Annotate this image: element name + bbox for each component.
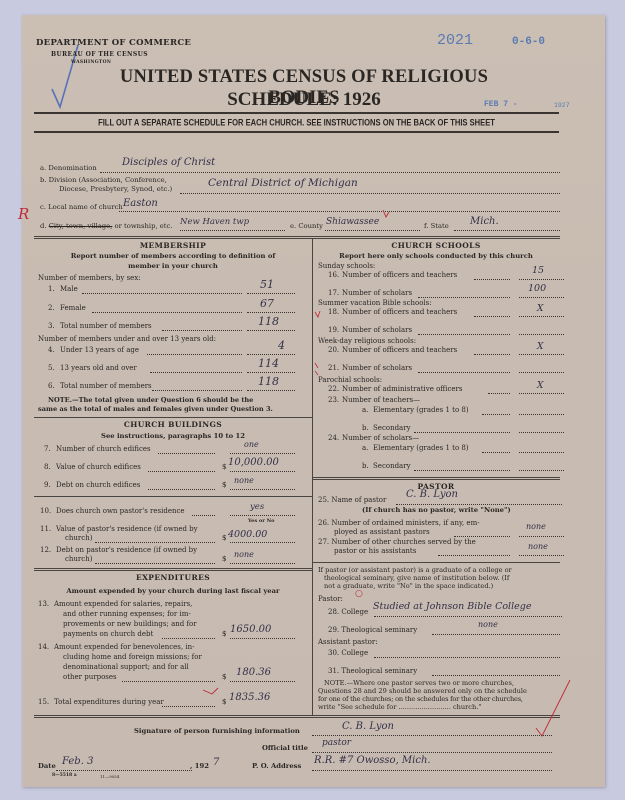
red-tick-icon	[202, 687, 220, 697]
pastor-note-4: write "See schedule for ................…	[318, 703, 481, 711]
pastor-seminary-label: 29. Theological seminary	[328, 626, 417, 634]
division-value[interactable]: Central District of Michigan	[208, 177, 358, 189]
edifice-value-value[interactable]: 10,000.00	[228, 457, 279, 468]
date-year-prefix: , 192	[190, 762, 209, 770]
date-year-value[interactable]: 7	[213, 757, 219, 768]
weekday-schools-label: Week-day religious schools:	[318, 337, 416, 345]
assistant-college-label: 30. College	[328, 649, 368, 657]
female-count-value[interactable]: 67	[260, 297, 274, 310]
pastor-seminary-value[interactable]: none	[478, 620, 498, 629]
over-13-value[interactable]: 114	[258, 357, 279, 370]
church-schools-heading: CHURCH SCHOOLS	[312, 241, 560, 250]
weekday-teachers-value[interactable]: X	[537, 342, 543, 352]
summer-teachers-value[interactable]: X	[537, 304, 543, 314]
state-value[interactable]: Mich.	[470, 216, 499, 227]
address-label: P. O. Address	[252, 762, 301, 770]
assistant-ministers-label-1: 26. Number of ordained ministers, if any…	[318, 519, 480, 527]
red-tick-marks-icon	[314, 311, 322, 381]
pastor-name-label: 25. Name of pastor	[318, 496, 386, 504]
township-prefix: d.	[40, 222, 47, 230]
church-buildings-heading: CHURCH BUILDINGS	[34, 420, 312, 429]
benevolences-value[interactable]: 180.36	[236, 667, 271, 678]
red-margin-mark: R	[18, 205, 30, 223]
expenditures-heading: EXPENDITURES	[34, 573, 312, 582]
under-13-value[interactable]: 4	[278, 339, 285, 352]
pastor-subsection-label: Pastor:	[318, 595, 343, 603]
county-value[interactable]: Shiawassee	[326, 217, 379, 227]
local-name-label: c. Local name of church	[40, 203, 123, 211]
date-value[interactable]: Feb. 3	[62, 756, 93, 767]
signature-value[interactable]: C. B. Lyon	[342, 721, 394, 732]
sunday-teachers-value[interactable]: 15	[532, 265, 544, 276]
pastor-name-hint: (If church has no pastor, write "None")	[362, 506, 511, 514]
page-subtitle: SCHEDULE: 1926	[89, 89, 519, 111]
other-churches-value[interactable]: none	[528, 542, 548, 551]
running-expenses-value[interactable]: 1650.00	[230, 624, 271, 635]
assistant-pastor-label: Assistant pastor:	[318, 638, 378, 646]
denomination-label: a. Denomination	[40, 164, 97, 172]
pastor-note-2: Questions 28 and 29 should be answered o…	[318, 687, 527, 695]
parochial-admin-value[interactable]: X	[537, 381, 543, 391]
signature-label: Signature of person furnishing informati…	[134, 727, 300, 735]
form-number: 8—5518 a	[52, 773, 77, 778]
summer-schools-label: Summer vacation Bible schools:	[318, 299, 432, 307]
church-buildings-instruction: See instructions, paragraphs 10 to 12	[34, 432, 312, 442]
pastor-note-1: NOTE.—Where one pastor serves two or mor…	[324, 679, 514, 687]
graduate-note-2: theological seminary, give name of insti…	[324, 574, 509, 582]
sunday-scholars-value[interactable]: 100	[528, 283, 546, 294]
received-stamp-date: FEB 7 -	[484, 100, 518, 109]
church-schools-instruction: Report here only schools conducted by th…	[312, 252, 560, 262]
division-label-line2: Diocese, Presbytery, Synod, etc.)	[59, 185, 172, 193]
pastor-name-value[interactable]: C. B. Lyon	[406, 489, 458, 500]
edifice-count-value[interactable]: one	[244, 440, 259, 449]
township-struck-label: City, town, village,	[49, 222, 113, 230]
denomination-value[interactable]: Disciples of Christ	[122, 157, 215, 168]
bureau-city: WASHINGTON	[71, 60, 111, 65]
official-title-label: Official title	[262, 744, 308, 752]
total-members-value[interactable]: 118	[258, 315, 279, 328]
address-value[interactable]: R.R. #7 Owosso, Mich.	[314, 755, 431, 766]
red-circle-mark: ○	[355, 589, 363, 599]
graduate-note-3: not a graduate, write "No" in the space …	[324, 582, 493, 590]
county-label: e. County	[290, 222, 323, 230]
assistant-ministers-value[interactable]: none	[526, 522, 546, 531]
edifice-debt-value[interactable]: none	[234, 476, 254, 485]
assistant-ministers-label-2: ployed as assistant pastors	[334, 528, 430, 536]
township-label: or township, etc.	[115, 222, 173, 230]
residence-value-value[interactable]: 4000.00	[228, 529, 267, 540]
census-schedule-sheet: DEPARTMENT OF COMMERCE BUREAU OF THE CEN…	[22, 15, 605, 787]
stamp-code: 0-6-0	[512, 36, 545, 48]
members-by-sex-label: Number of members, by sex:	[38, 274, 141, 282]
pastor-college-value[interactable]: Studied at Johnson Bible College	[373, 601, 531, 612]
membership-instruction-1: Report number of members according to de…	[34, 252, 312, 262]
expenditures-instruction: Amount expended by your church during la…	[34, 587, 312, 597]
date-label: Date	[38, 762, 56, 770]
division-label-line1: b. Division (Association, Conference,	[40, 176, 167, 184]
print-number: 11—9054	[100, 774, 119, 779]
members-by-age-label: Number of members under and over 13 year…	[38, 335, 216, 343]
membership-instruction-2: member in your church	[34, 262, 312, 272]
membership-heading: MEMBERSHIP	[34, 241, 312, 250]
pastor-note-3: for one of the churches; on the schedule…	[318, 695, 523, 703]
owns-residence-value[interactable]: yes	[250, 502, 264, 512]
parochial-schools-label: Parochial schools:	[318, 376, 382, 384]
membership-note-2: same as the total of males and females g…	[38, 405, 273, 413]
male-count-value[interactable]: 51	[260, 278, 274, 291]
pastor-college-label: 28. College	[328, 608, 368, 616]
membership-note-1: NOTE.—The total given under Question 6 s…	[48, 396, 253, 404]
other-churches-label-2: pastor or his assistants	[334, 547, 416, 555]
residence-debt-value[interactable]: none	[234, 550, 254, 559]
stamp-number: 2021	[437, 32, 473, 49]
total-expenditures-value[interactable]: 1835.36	[229, 692, 270, 703]
bureau-name: BUREAU OF THE CENSUS	[51, 51, 148, 58]
received-stamp-year: 1927	[554, 102, 570, 109]
red-tick-icon	[382, 209, 390, 219]
other-churches-label-1: 27. Number of other churches served by t…	[318, 538, 476, 546]
instructions-banner: FILL OUT A SEPARATE SCHEDULE FOR EACH CH…	[34, 117, 559, 127]
official-title-value[interactable]: pastor	[322, 738, 351, 748]
township-value[interactable]: New Haven twp	[180, 217, 249, 227]
sunday-schools-label: Sunday schools:	[318, 262, 375, 270]
total-members-by-age-value[interactable]: 118	[258, 375, 279, 388]
state-label: f. State	[424, 222, 449, 230]
graduate-note-1: If pastor (or assistant pastor) is a gra…	[318, 566, 512, 574]
assistant-seminary-label: 31. Theological seminary	[328, 667, 417, 675]
department-name: DEPARTMENT OF COMMERCE	[36, 38, 191, 48]
local-name-value[interactable]: Easton	[123, 198, 158, 209]
red-checkmark-icon	[532, 678, 572, 738]
